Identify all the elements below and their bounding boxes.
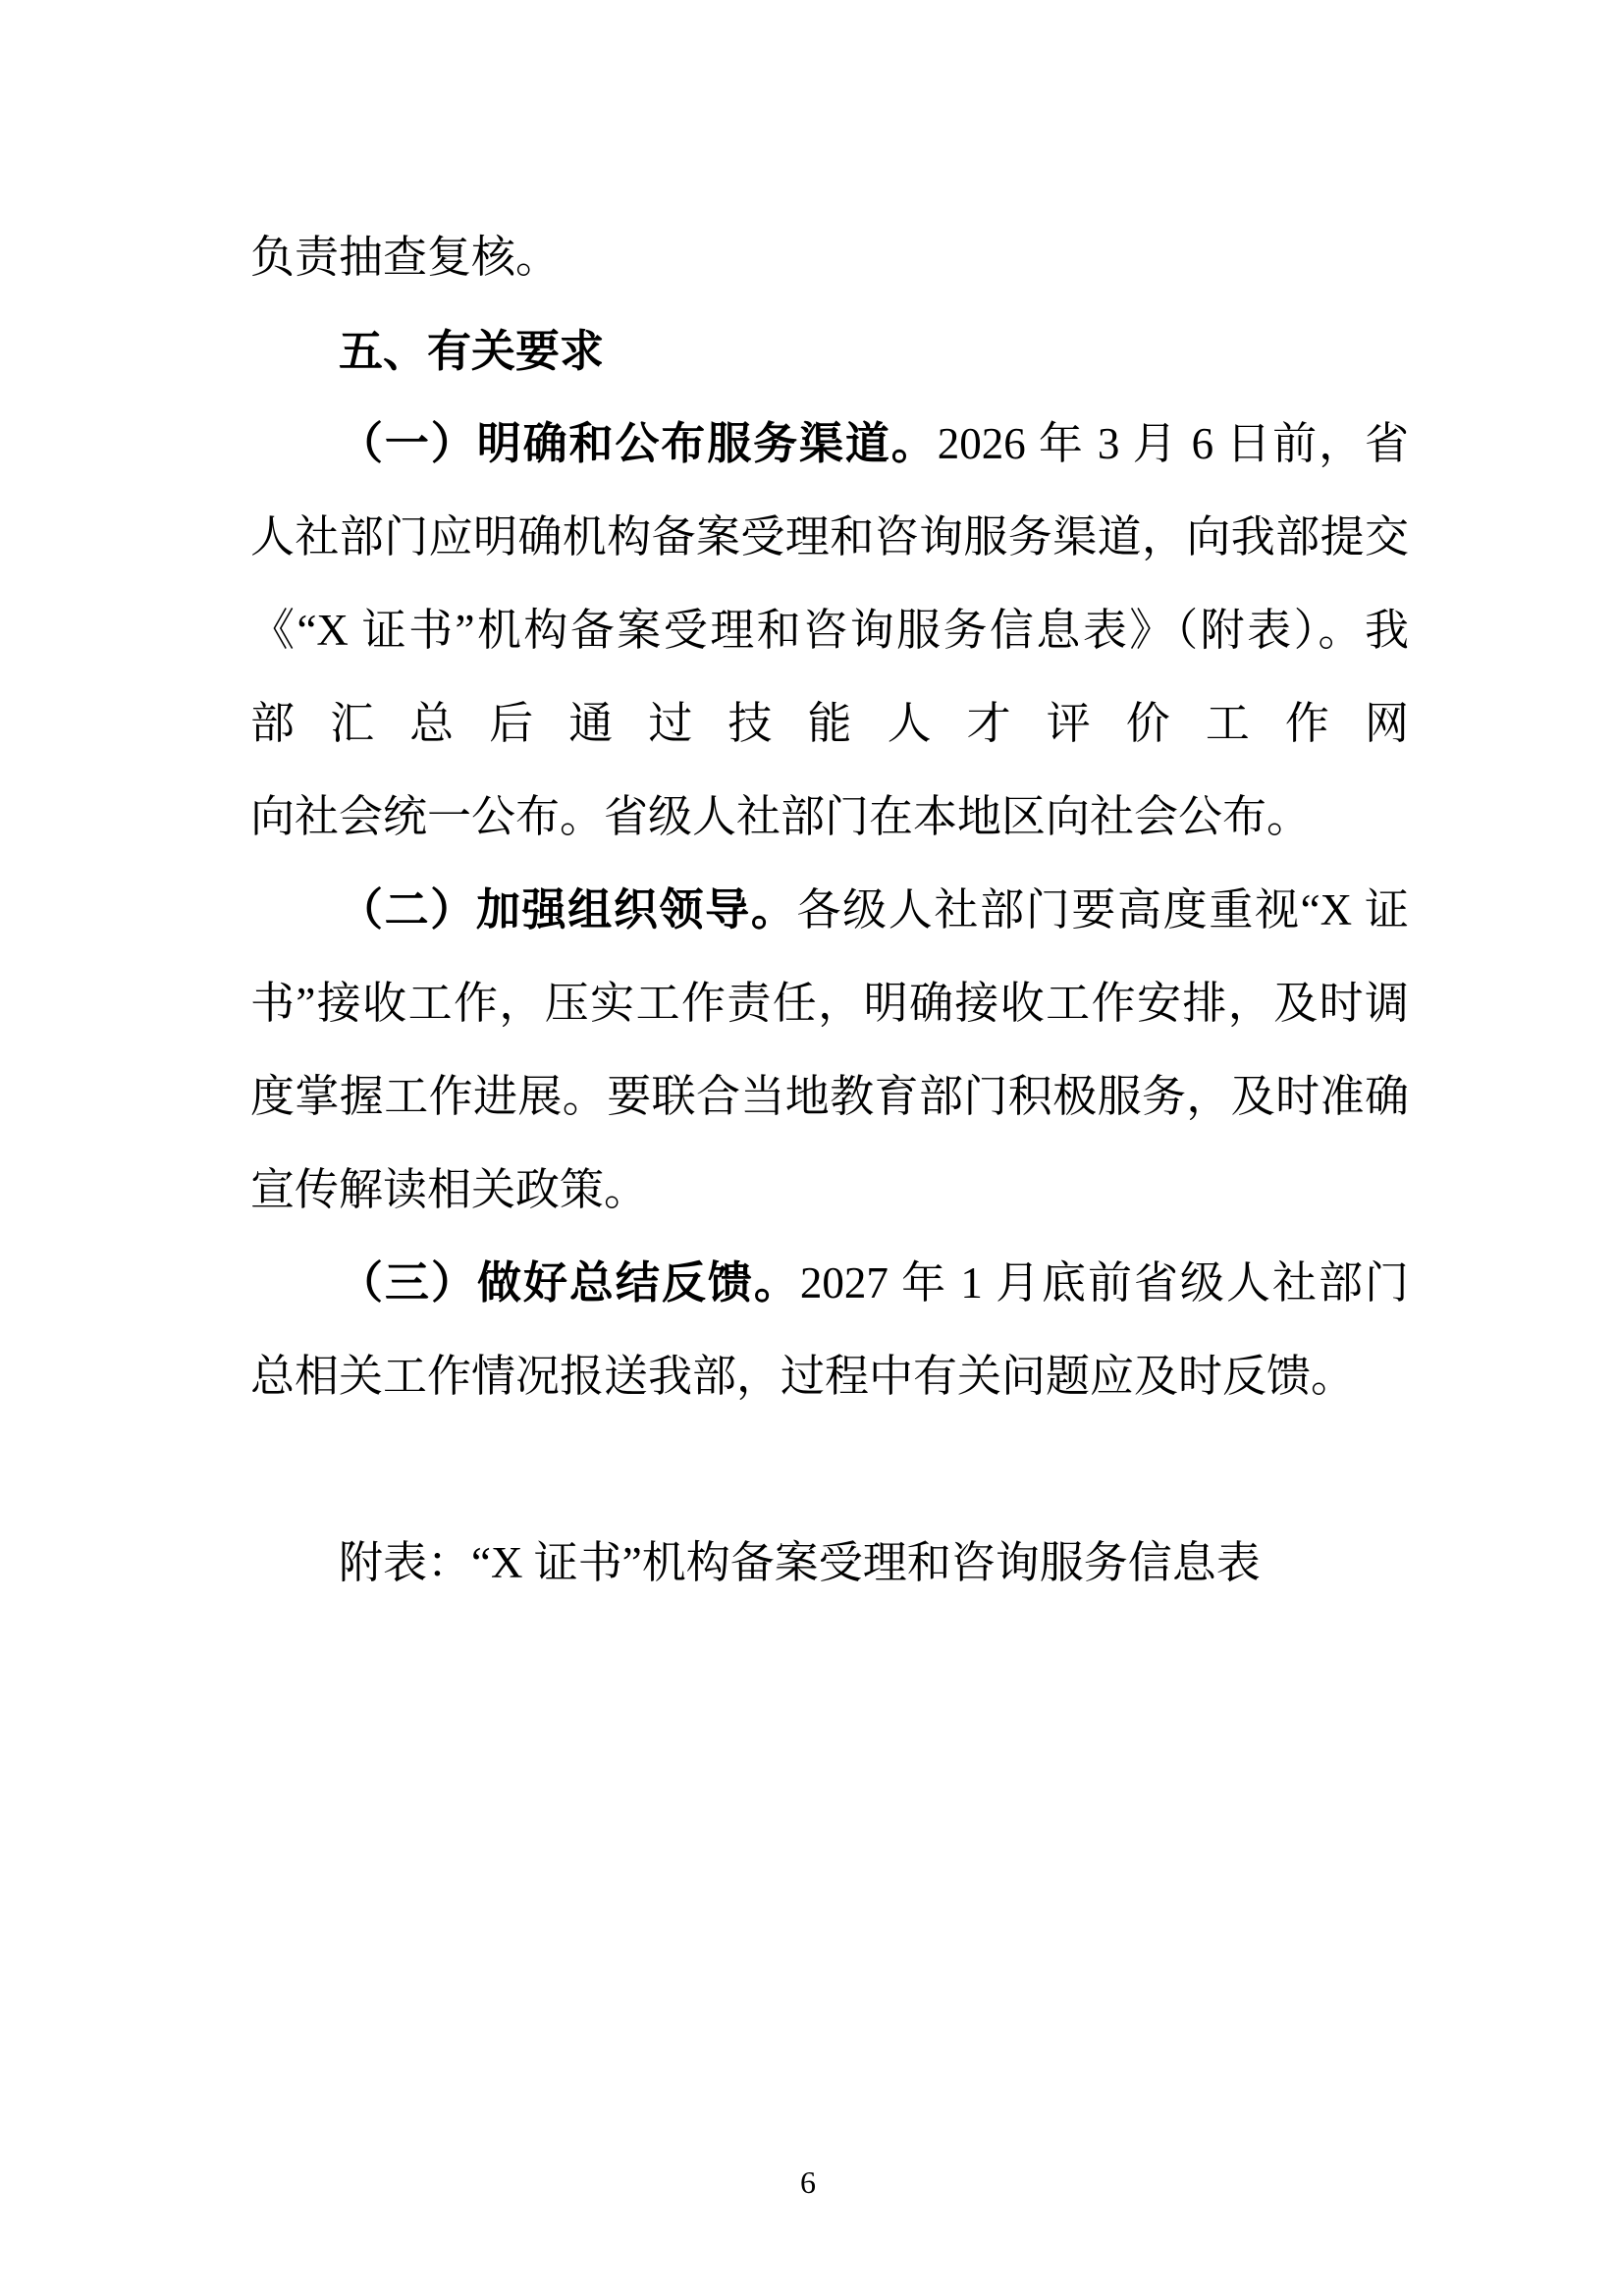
text-segment-body: 负责抽查复核。: [250, 233, 560, 282]
text-line: 《“X 证书”机构备案受理和咨询服务信息表》（附表）。我: [250, 584, 1409, 677]
page-footer: 6: [0, 2160, 1616, 2205]
text-segment-body: 向社会统一公布。省级人社部门在本地区向社会公布。: [250, 792, 1311, 841]
text-segment-body: 总相关工作情况报送我部，过程中有关问题应及时反馈。: [250, 1352, 1355, 1401]
text-segment-lead: （三）做好总结反馈。: [339, 1258, 800, 1308]
text-segment-lead: （二）加强组织领导。: [339, 885, 796, 934]
paragraph-continuation-line: 负责抽查复核。: [250, 211, 1409, 304]
text-line: 书”接收工作，压实工作责任，明确接收工作安排，及时调: [250, 957, 1409, 1050]
text-line: 人社部门应明确机构备案受理和咨询服务渠道，向我部提交: [250, 491, 1409, 584]
text-segment-body: 附表：“X 证书”机构备案受理和咨询服务信息表: [339, 1538, 1261, 1587]
text-segment-heading: 五、有关要求: [339, 325, 604, 377]
section-heading: 五、有关要求: [250, 304, 1409, 398]
text-line: 向社会统一公布。省级人社部门在本地区向社会公布。: [250, 771, 1409, 864]
text-line: 度掌握工作进展。要联合当地教育部门积极服务，及时准确: [250, 1050, 1409, 1144]
text-segment-body: 各级人社部门要高度重视“X 证: [796, 885, 1409, 934]
text-segment-body: 度掌握工作进展。要联合当地教育部门积极服务，及时准确: [250, 1072, 1409, 1121]
text-line: 宣传解读相关政策。: [250, 1144, 1409, 1237]
text-segment-body: 人社部门应明确机构备案受理和咨询服务渠道，向我部提交: [250, 512, 1409, 561]
text-segment-body: 《“X 证书”机构备案受理和咨询服务信息表》（附表）。我: [250, 606, 1409, 655]
page-number: 6: [800, 2164, 816, 2200]
text-line: （二）加强组织领导。各级人社部门要高度重视“X 证: [250, 864, 1409, 957]
document-page: 负责抽查复核。五、有关要求（一）明确和公布服务渠道。2026 年 3 月 6 日…: [0, 0, 1616, 2296]
text-line: （一）明确和公布服务渠道。2026 年 3 月 6 日前，省级: [250, 398, 1409, 491]
text-line: 总相关工作情况报送我部，过程中有关问题应及时反馈。: [250, 1330, 1409, 1423]
text-segment-body: 部汇总后通过技能人才评价工作网（http://osta.mohrss.gov.c…: [250, 699, 1409, 771]
document-body: 负责抽查复核。五、有关要求（一）明确和公布服务渠道。2026 年 3 月 6 日…: [250, 211, 1409, 1610]
text-line: （三）做好总结反馈。2027 年 1 月底前省级人社部门汇: [250, 1237, 1409, 1330]
blank-line: [250, 1423, 1409, 1517]
text-segment-body: 书”接收工作，压实工作责任，明确接收工作安排，及时调: [250, 979, 1409, 1028]
text-segment-body: 宣传解读相关政策。: [250, 1165, 648, 1214]
text-segment-lead: （一）明确和公布服务渠道。: [339, 419, 938, 468]
attachment-note: 附表：“X 证书”机构备案受理和咨询服务信息表: [250, 1517, 1409, 1610]
text-line: 部汇总后通过技能人才评价工作网（http://osta.mohrss.gov.c…: [250, 677, 1409, 771]
